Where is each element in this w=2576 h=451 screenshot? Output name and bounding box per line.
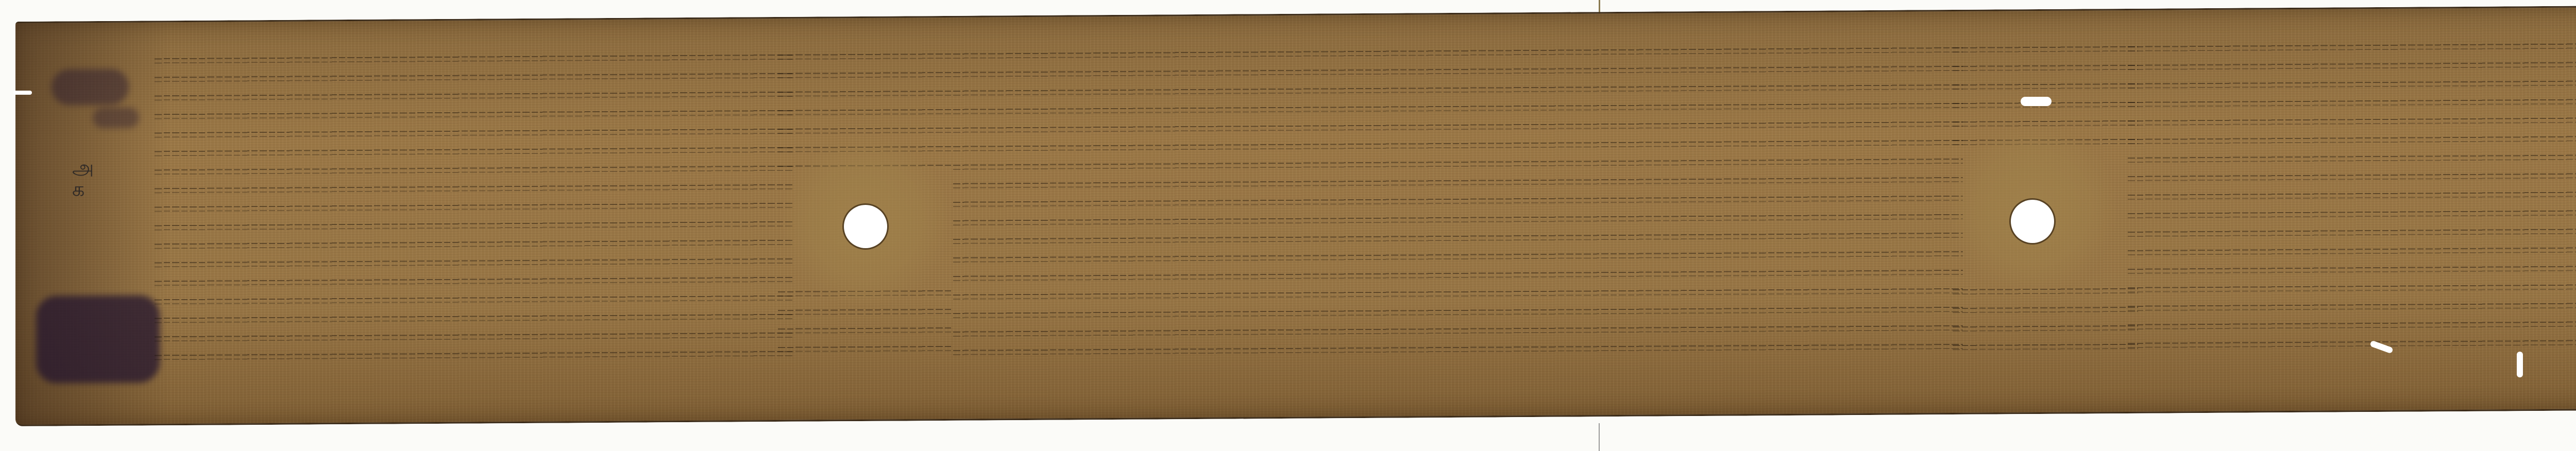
left-margin-marks: அ க: [72, 157, 94, 200]
leaf-damage-1: [2021, 97, 2052, 106]
binding-hole-left: [844, 205, 887, 248]
script-block-5: [2128, 37, 2576, 350]
ink-smudge-top: [52, 69, 129, 106]
palm-leaf: அ க 1 5 9: [15, 4, 2576, 426]
leaf-damage-3: [2517, 352, 2523, 377]
string-mark-left: [13, 91, 32, 95]
ink-smudge-mid: [93, 108, 139, 129]
margin-mark-1: அ: [72, 157, 94, 178]
margin-mark-2: க: [72, 178, 94, 200]
script-block-3: [953, 42, 1963, 357]
scan-edge-line-bottom: [1599, 423, 1600, 451]
script-block-1: [155, 49, 793, 362]
script-block-4b: [1953, 283, 2138, 351]
ink-smudge-bottom: [36, 295, 160, 383]
binding-hole-right: [2011, 200, 2054, 243]
